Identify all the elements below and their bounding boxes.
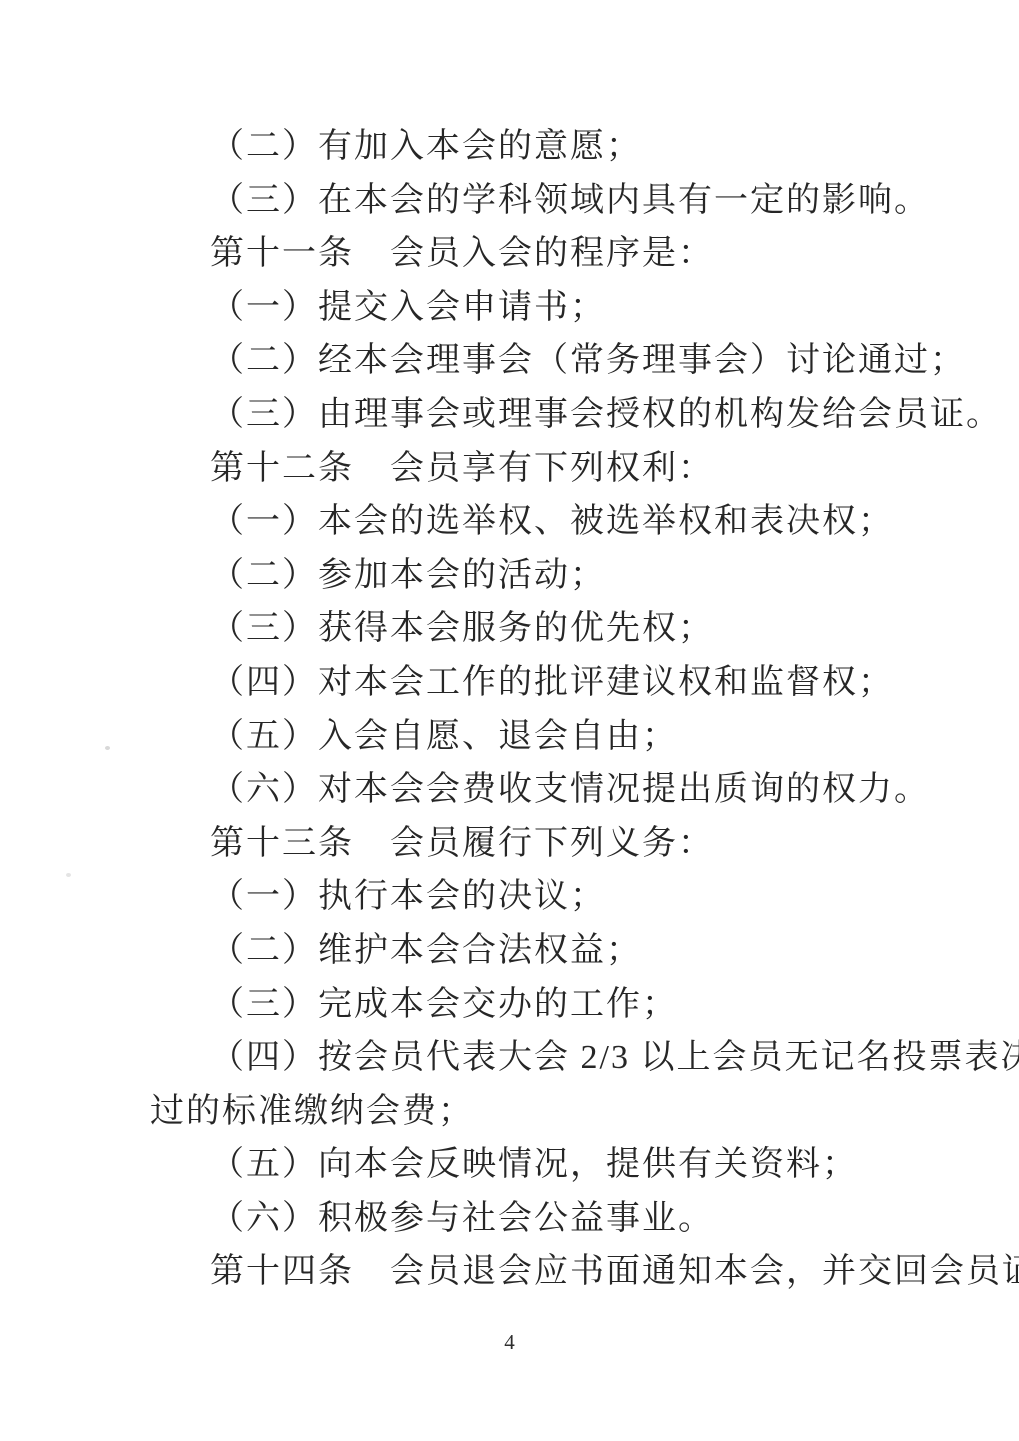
document-line: 第十四条 会员退会应书面通知本会，并交回会员证。 <box>150 1245 874 1299</box>
page-number: 4 <box>504 1330 515 1354</box>
document-line: （三）获得本会服务的优先权； <box>150 602 874 656</box>
document-line: （二）经本会理事会（常务理事会）讨论通过； <box>150 334 874 388</box>
page-footer: 4 <box>0 1330 1019 1355</box>
document-line: （二）参加本会的活动； <box>150 549 874 603</box>
document-line: （二）有加入本会的意愿； <box>150 120 874 174</box>
document-line: （五）入会自愿、退会自由； <box>150 710 874 764</box>
document-line: （六）对本会会费收支情况提出质询的权力。 <box>150 763 874 817</box>
document-line: 第十二条 会员享有下列权利： <box>150 442 874 496</box>
document-line: （四）按会员代表大会 2/3 以上会员无记名投票表决通 <box>150 1031 874 1085</box>
scan-speckle <box>66 873 71 877</box>
document-line: （四）对本会工作的批评建议权和监督权； <box>150 656 874 710</box>
document-line: （一）执行本会的决议； <box>150 870 874 924</box>
document-line: （三）由理事会或理事会授权的机构发给会员证。 <box>150 388 874 442</box>
document-line: 第十一条 会员入会的程序是： <box>150 227 874 281</box>
document-line: （三）在本会的学科领域内具有一定的影响。 <box>150 174 874 228</box>
document-line: （六）积极参与社会公益事业。 <box>150 1192 874 1246</box>
document-body: （二）有加入本会的意愿；（三）在本会的学科领域内具有一定的影响。第十一条 会员入… <box>150 120 874 1299</box>
document-line: （二）维护本会合法权益； <box>150 924 874 978</box>
document-line: 第十三条 会员履行下列义务： <box>150 817 874 871</box>
scan-speckle <box>105 746 110 750</box>
document-page: （二）有加入本会的意愿；（三）在本会的学科领域内具有一定的影响。第十一条 会员入… <box>0 0 1019 1441</box>
document-line: （一）本会的选举权、被选举权和表决权； <box>150 495 874 549</box>
document-line: （三）完成本会交办的工作； <box>150 978 874 1032</box>
document-line: 过的标准缴纳会费； <box>150 1085 874 1139</box>
document-line: （一）提交入会申请书； <box>150 281 874 335</box>
document-line: （五）向本会反映情况，提供有关资料； <box>150 1138 874 1192</box>
